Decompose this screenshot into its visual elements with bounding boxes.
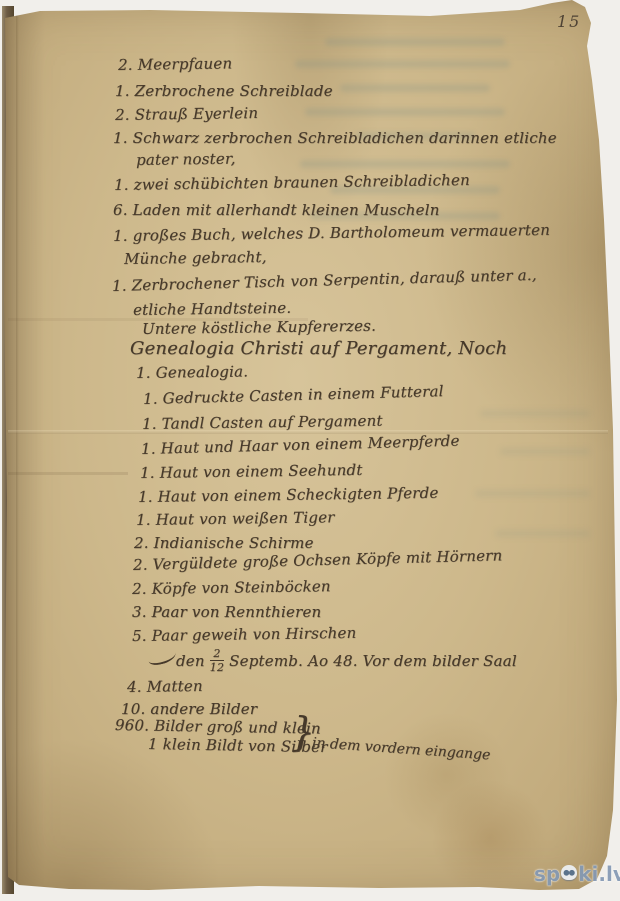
date-pre: den [176, 652, 205, 670]
manuscript-heading: Genealogia Christi auf Pergament, Noch [130, 338, 507, 359]
manuscript-line: 1. Haut von einem Seehundt [140, 461, 363, 482]
manuscript-page: 15 2. Meerpfauen 1. Zerbrochene Schreibl… [0, 0, 620, 901]
manuscript-line: 2. Indianische Schirme [134, 534, 314, 552]
manuscript-line: 1. Zerbrochene Schreiblade [115, 82, 333, 100]
page-number: 15 [557, 12, 581, 31]
manuscript-line: 1. Genealogia. [136, 362, 248, 382]
fraction-numerator: 2 [213, 648, 220, 659]
manuscript-line: etliche Handtsteine. [133, 299, 291, 319]
watermark-logo: sp ki.lv [534, 862, 620, 886]
fraction-denominator: 12 [210, 662, 224, 673]
manuscript-line: 2. Köpfe von Steinböcken [132, 577, 331, 598]
manuscript-line: 1. Schwarz zerbrochen Schreibladichen da… [113, 129, 557, 147]
manuscript-line: 3. Paar von Rennthieren [132, 603, 321, 621]
watermark-text-pre: sp [534, 862, 560, 886]
manuscript-line: 2. Meerpfauen [118, 54, 233, 74]
manuscript-line: pater noster, [136, 150, 236, 169]
manuscript-line: Münche gebracht, [124, 248, 267, 268]
manuscript-line: 1. Tandl Casten auf Pergament [142, 412, 383, 433]
fold-crease-vertical [16, 14, 19, 886]
manuscript-date-line: den 2 12 Septemb. Ao 48. Vor dem bilder … [176, 648, 517, 673]
date-fraction: 2 12 [210, 648, 224, 673]
manuscript-line: 2. Strauß Eyerlein [115, 104, 258, 124]
manuscript-line: Untere köstliche Kupfererzes. [142, 317, 376, 338]
watermark-text-post: ki.lv [578, 862, 620, 886]
manuscript-line: 10. andere Bilder [121, 700, 257, 718]
manuscript-line: 1. Haut von weißen Tiger [136, 508, 335, 529]
manuscript-line: 5. Paar geweih von Hirschen [132, 624, 357, 645]
fold-crease-horizontal [8, 472, 128, 475]
manuscript-line: 6. Laden mit allerhandt kleinen Muscheln [113, 201, 440, 219]
skull-icon [561, 865, 577, 880]
bleedthrough-text [470, 400, 600, 560]
manuscript-line: 4. Matten [127, 677, 203, 696]
date-post: Septemb. Ao 48. Vor dem bilder Saal [229, 652, 517, 670]
